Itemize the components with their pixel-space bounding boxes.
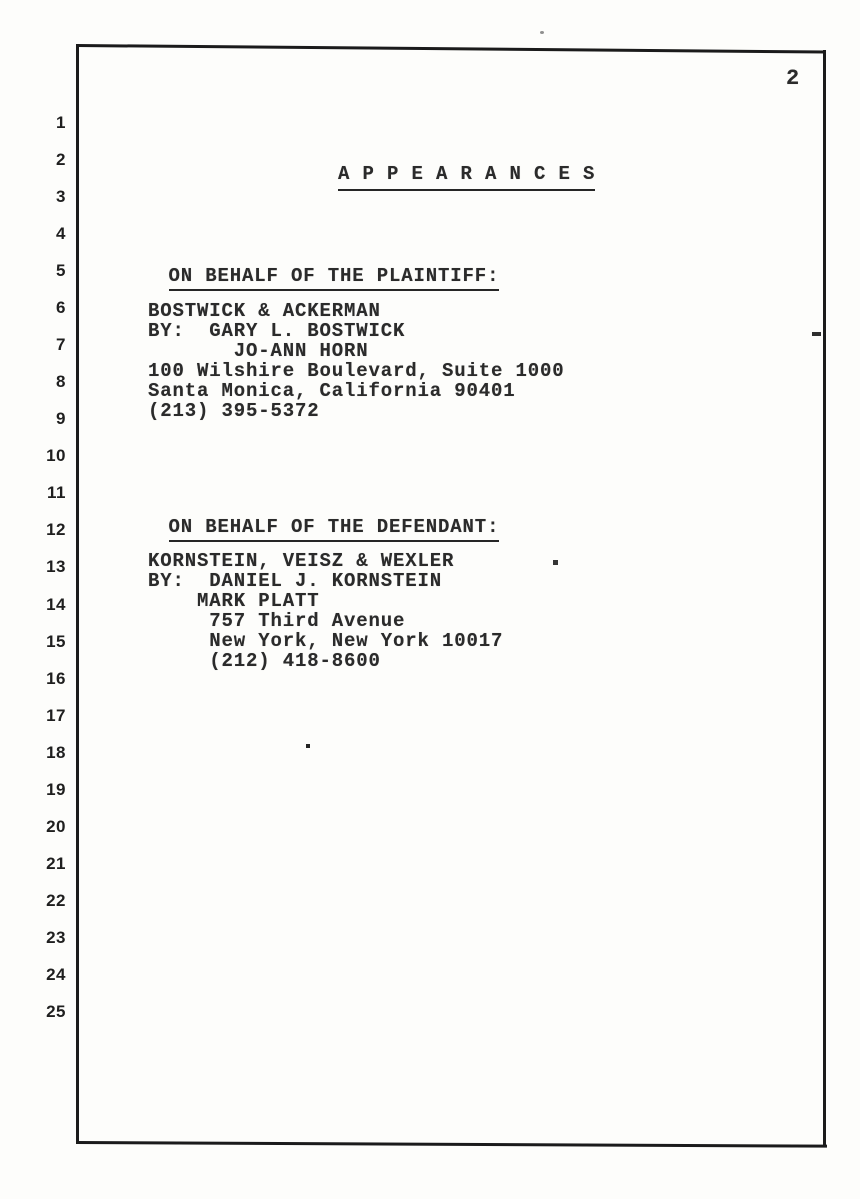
plaintiff-attorney-block: BOSTWICK & ACKERMAN BY: GARY L. BOSTWICK… xyxy=(148,301,565,421)
line-number: 18 xyxy=(24,734,66,771)
scan-artifact-dot xyxy=(306,744,310,748)
line-number: 10 xyxy=(24,438,66,475)
line-number: 9 xyxy=(24,401,66,438)
line-number: 23 xyxy=(24,920,66,957)
line-number: 16 xyxy=(24,660,66,697)
line-number: 2 xyxy=(24,141,66,178)
document-page: 1 2 3 4 5 6 7 8 9 10 11 12 13 14 15 16 1… xyxy=(0,0,860,1199)
page-border-right xyxy=(823,50,826,1146)
scan-artifact-dash xyxy=(812,332,821,336)
line-number: 14 xyxy=(24,586,66,623)
line-number: 11 xyxy=(24,475,66,512)
page-border-left xyxy=(76,44,79,1143)
line-number: 25 xyxy=(24,994,66,1031)
scan-artifact-dot xyxy=(553,560,558,565)
document-title-text: A P P E A R A N C E S xyxy=(338,163,595,191)
page-number: 2 xyxy=(786,66,800,91)
line-number: 20 xyxy=(24,808,66,845)
plaintiff-heading-text: ON BEHALF OF THE PLAINTIFF: xyxy=(169,265,500,291)
defendant-heading-text: ON BEHALF OF THE DEFENDANT: xyxy=(169,516,500,542)
line-number-column: 1 2 3 4 5 6 7 8 9 10 11 12 13 14 15 16 1… xyxy=(24,104,66,1031)
line-number: 15 xyxy=(24,623,66,660)
line-number: 8 xyxy=(24,364,66,401)
line-number: 3 xyxy=(24,178,66,215)
page-border-top xyxy=(77,44,825,53)
line-number: 17 xyxy=(24,697,66,734)
line-number: 13 xyxy=(24,549,66,586)
line-number: 5 xyxy=(24,252,66,289)
line-number: 24 xyxy=(24,957,66,994)
line-number: 6 xyxy=(24,289,66,326)
scan-artifact-dot xyxy=(540,31,544,34)
document-title: A P P E A R A N C E S xyxy=(289,141,595,213)
line-number: 4 xyxy=(24,215,66,252)
line-number: 7 xyxy=(24,326,66,363)
line-number: 19 xyxy=(24,771,66,808)
line-number: 22 xyxy=(24,883,66,920)
line-number: 1 xyxy=(24,104,66,141)
page-border-bottom xyxy=(76,1141,827,1147)
line-number: 12 xyxy=(24,512,66,549)
line-number: 21 xyxy=(24,846,66,883)
defendant-attorney-block: KORNSTEIN, VEISZ & WEXLER BY: DANIEL J. … xyxy=(148,551,503,671)
